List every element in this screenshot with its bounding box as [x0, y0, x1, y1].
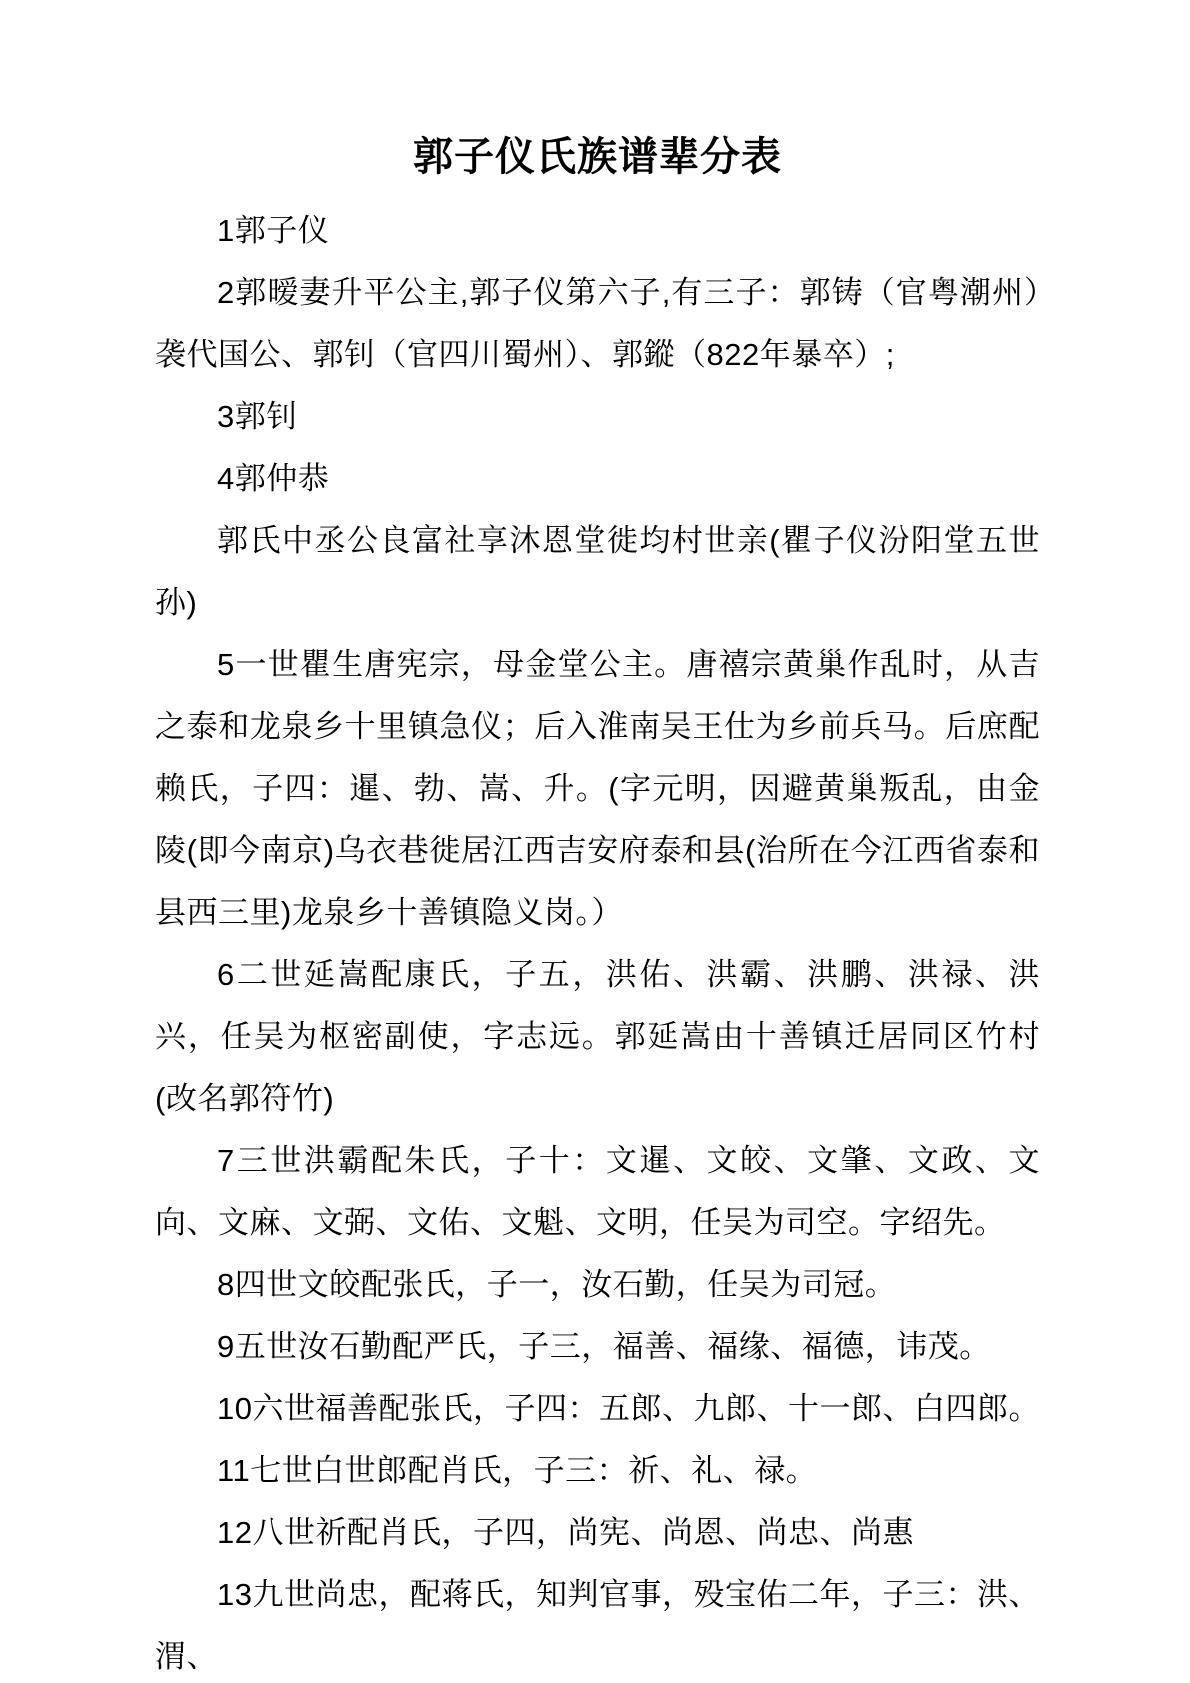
paragraph-generation-13: 13九世尚忠，配蒋氏，知判官事，殁宝佑二年，子三：洪、渭、 [155, 1564, 1040, 1683]
paragraph-generation-4: 4郭仲恭 [155, 448, 1040, 510]
paragraph-lineage-note: 郭氏中丞公良富社享沐恩堂徙均村世亲(瞿子仪汾阳堂五世孙) [155, 510, 1040, 634]
paragraph-generation-1: 1郭子仪 [155, 200, 1040, 262]
paragraph-generation-9: 9五世汝石勤配严氏，子三，福善、福缘、福德，讳茂。 [155, 1316, 1040, 1378]
document-page: 郭子仪氏族谱辈分表 1郭子仪 2郭暧妻升平公主,郭子仪第六子,有三子：郭铸（官粤… [0, 0, 1190, 1683]
paragraph-generation-3: 3郭钊 [155, 386, 1040, 448]
paragraph-generation-7: 7三世洪霸配朱氏，子十：文暹、文皎、文肇、文政、文向、文麻、文弼、文佑、文魁、文… [155, 1130, 1040, 1254]
paragraph-generation-2: 2郭暧妻升平公主,郭子仪第六子,有三子：郭铸（官粤潮州）袭代国公、郭钊（官四川蜀… [155, 262, 1040, 386]
paragraph-generation-6: 6二世延嵩配康氏，子五，洪佑、洪霸、洪鹏、洪禄、洪兴，任吴为枢密副使，字志远。郭… [155, 944, 1040, 1130]
paragraph-generation-11: 11七世白世郎配肖氏，子三：祈、礼、禄。 [155, 1440, 1040, 1502]
paragraph-generation-5: 5一世瞿生唐宪宗，母金堂公主。唐禧宗黄巢作乱时，从吉之泰和龙泉乡十里镇急仪；后入… [155, 634, 1040, 944]
document-title: 郭子仪氏族谱辈分表 [155, 130, 1040, 184]
paragraph-generation-8: 8四世文皎配张氏，子一，汝石勤，任吴为司冠。 [155, 1254, 1040, 1316]
paragraph-generation-10: 10六世福善配张氏，子四：五郎、九郎、十一郎、白四郎。 [155, 1378, 1040, 1440]
paragraph-generation-12: 12八世祈配肖氏，子四，尚宪、尚恩、尚忠、尚惠 [155, 1502, 1040, 1564]
